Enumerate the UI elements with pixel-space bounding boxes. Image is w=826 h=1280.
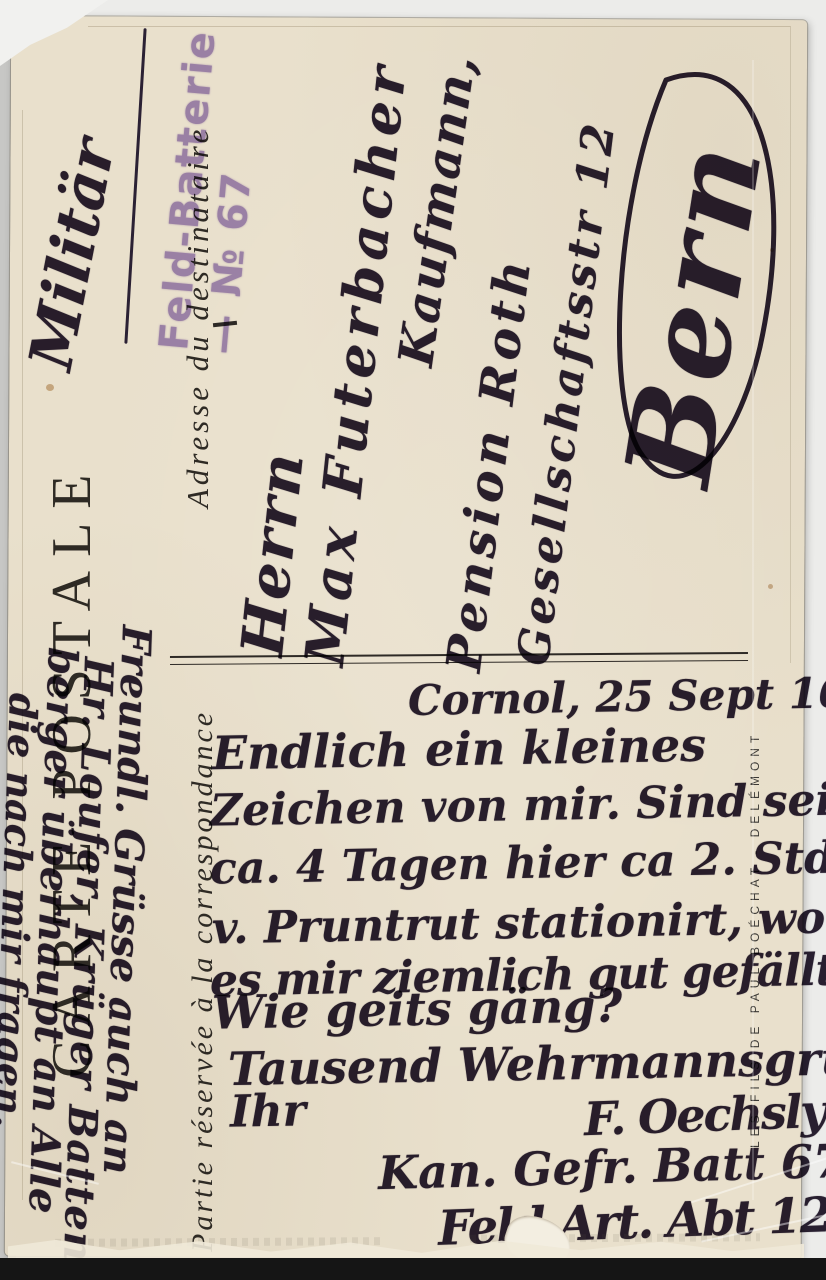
- message-line-3: ca. 4 Tagen hier ca 2. Std: [210, 833, 826, 895]
- stain-speck: [768, 584, 773, 589]
- city-flourish: [588, 52, 794, 512]
- message-line-2: Zeichen von mir. Sind seit: [210, 774, 826, 836]
- postcard-scan: CARTE POSTALE Adresse du destinataire Pa…: [0, 0, 826, 1280]
- crease-right-edge: [752, 60, 754, 1200]
- message-line-6: Wie geits gäng?: [212, 978, 623, 1039]
- message-dateline: Cornol, 25 Sept 16.: [408, 668, 826, 725]
- stain-spot: [46, 384, 54, 391]
- message-line-4: v. Pruntrut stationirt, wo: [212, 893, 826, 955]
- scan-bottom-strip: [0, 1258, 826, 1280]
- message-line-1: Endlich ein kleines: [212, 718, 707, 781]
- message-signoff: Ihr: [230, 1085, 307, 1137]
